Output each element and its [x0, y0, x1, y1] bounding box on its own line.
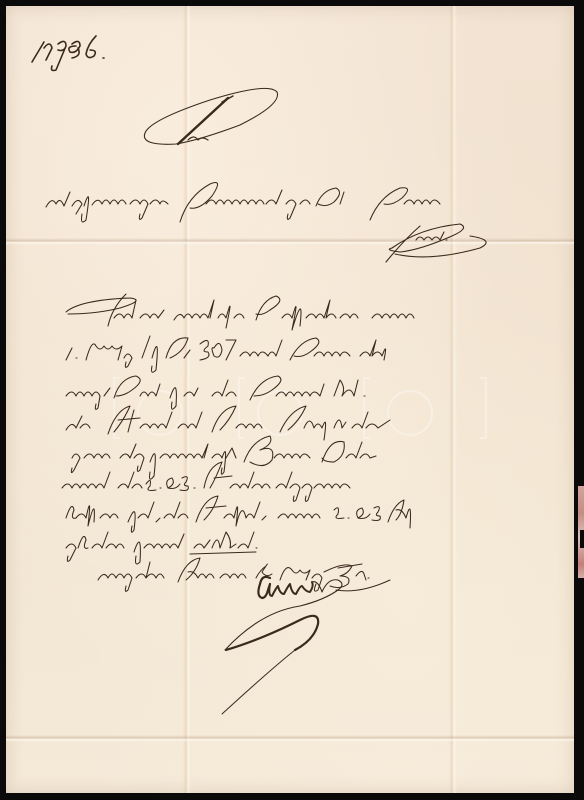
body-line: nariat sub 2. & 3. Verkündigungen: [62, 472, 325, 488]
body-line: 1. März l.J. Z. 307 wird Seitens des: [66, 340, 333, 356]
salutation: An: [175, 110, 195, 126]
salutation-strokes: [144, 88, 277, 144]
scanned-letter: 1986. An das hochwürdige Pfarramt zu St.…: [0, 0, 584, 800]
body-line: des Handel und Eisner Clüsch, der: [66, 412, 330, 428]
body-line: geboten hiemit ertheilt.: [66, 534, 247, 550]
signature: Ulmer: [260, 580, 307, 596]
recipient-line: das hochwürdige Pfarramt zu St. Joseph: [46, 190, 352, 206]
place-date-line: Magistrat Graz am 2 März 859.: [98, 562, 336, 578]
handwriting-ink: [0, 0, 584, 800]
body-line: Magistrats für die Gewerbe tel.: [66, 380, 305, 396]
body-line: ihnen das hochwürdigste Grazer Ordi-: [72, 442, 363, 458]
body-line: Ueber ämtliches Einschreiten vom: [108, 300, 370, 316]
recipient-place: Graz.: [395, 228, 436, 244]
signature-strokes: [222, 577, 342, 714]
body-line: lassen hat, die Aufsicht vom 2. & 3. Auf…: [66, 502, 372, 518]
reference-number: 1986.: [30, 42, 73, 58]
